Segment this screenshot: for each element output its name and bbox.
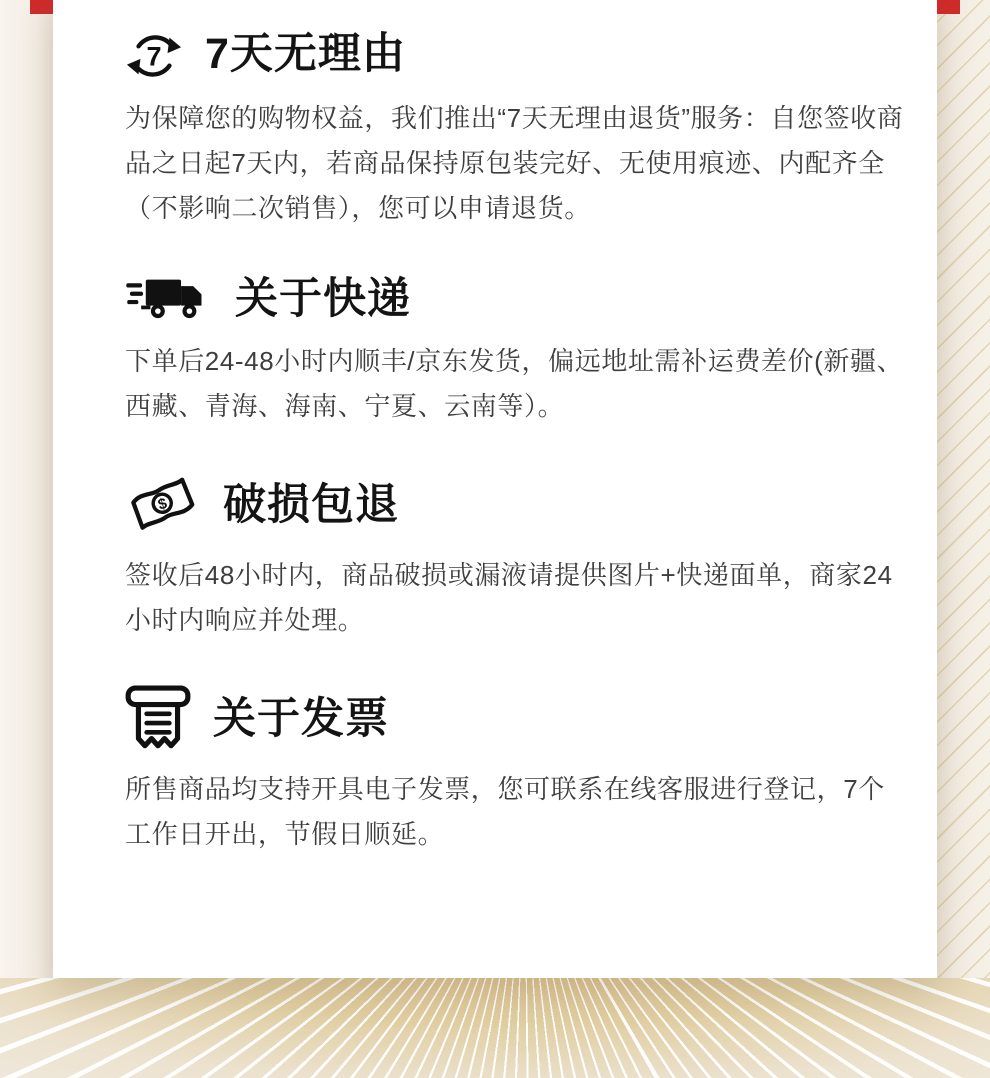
section-damage-refund: $ 破损包退 签收后48小时内，商品破损或漏液请提供图片+快递面单，商家24小时… bbox=[125, 471, 873, 643]
section-damage-title: 破损包退 bbox=[223, 479, 399, 533]
section-return-header: 7 7天无理由 bbox=[125, 26, 873, 84]
section-invoice: 关于发票 所售商品均支持开具电子发票，您可联系在线客服进行登记，7个工作日开出，… bbox=[125, 685, 873, 857]
section-return-body: 为保障您的购物权益，我们推出“7天无理由退货”服务：自您签收商品之日起7天内，若… bbox=[125, 96, 907, 231]
red-corner-mark-right bbox=[934, 0, 960, 14]
service-policy-card: 7 7天无理由 为保障您的购物权益，我们推出“7天无理由退货”服务：自您签收商品… bbox=[53, 0, 937, 978]
section-invoice-title: 关于发票 bbox=[213, 693, 389, 747]
section-damage-header: $ 破损包退 bbox=[125, 471, 873, 541]
banknote-icon: $ bbox=[125, 471, 201, 541]
section-return-title: 7天无理由 bbox=[205, 28, 406, 82]
section-invoice-body: 所售商品均支持开具电子发票，您可联系在线客服进行登记，7个工作日开出，节假日顺延… bbox=[125, 767, 907, 857]
section-invoice-header: 关于发票 bbox=[125, 685, 873, 755]
right-gold-line-band bbox=[937, 0, 990, 978]
bottom-gold-ray-band bbox=[0, 978, 990, 1078]
refresh-7-icon: 7 bbox=[125, 26, 183, 84]
section-shipping-title: 关于快递 bbox=[235, 273, 411, 327]
receipt-icon bbox=[125, 685, 191, 755]
left-cream-band bbox=[0, 0, 53, 978]
speed-truck-icon bbox=[125, 274, 213, 326]
section-damage-body: 签收后48小时内，商品破损或漏液请提供图片+快递面单，商家24小时内响应并处理。 bbox=[125, 553, 907, 643]
section-shipping-body: 下单后24-48小时内顺丰/京东发货，偏远地址需补运费差价(新疆、西藏、青海、海… bbox=[125, 339, 907, 429]
section-return-policy: 7 7天无理由 为保障您的购物权益，我们推出“7天无理由退货”服务：自您签收商品… bbox=[125, 26, 873, 231]
section-shipping: 关于快递 下单后24-48小时内顺丰/京东发货，偏远地址需补运费差价(新疆、西藏… bbox=[125, 273, 873, 429]
svg-text:7: 7 bbox=[146, 42, 161, 72]
section-shipping-header: 关于快递 bbox=[125, 273, 873, 327]
